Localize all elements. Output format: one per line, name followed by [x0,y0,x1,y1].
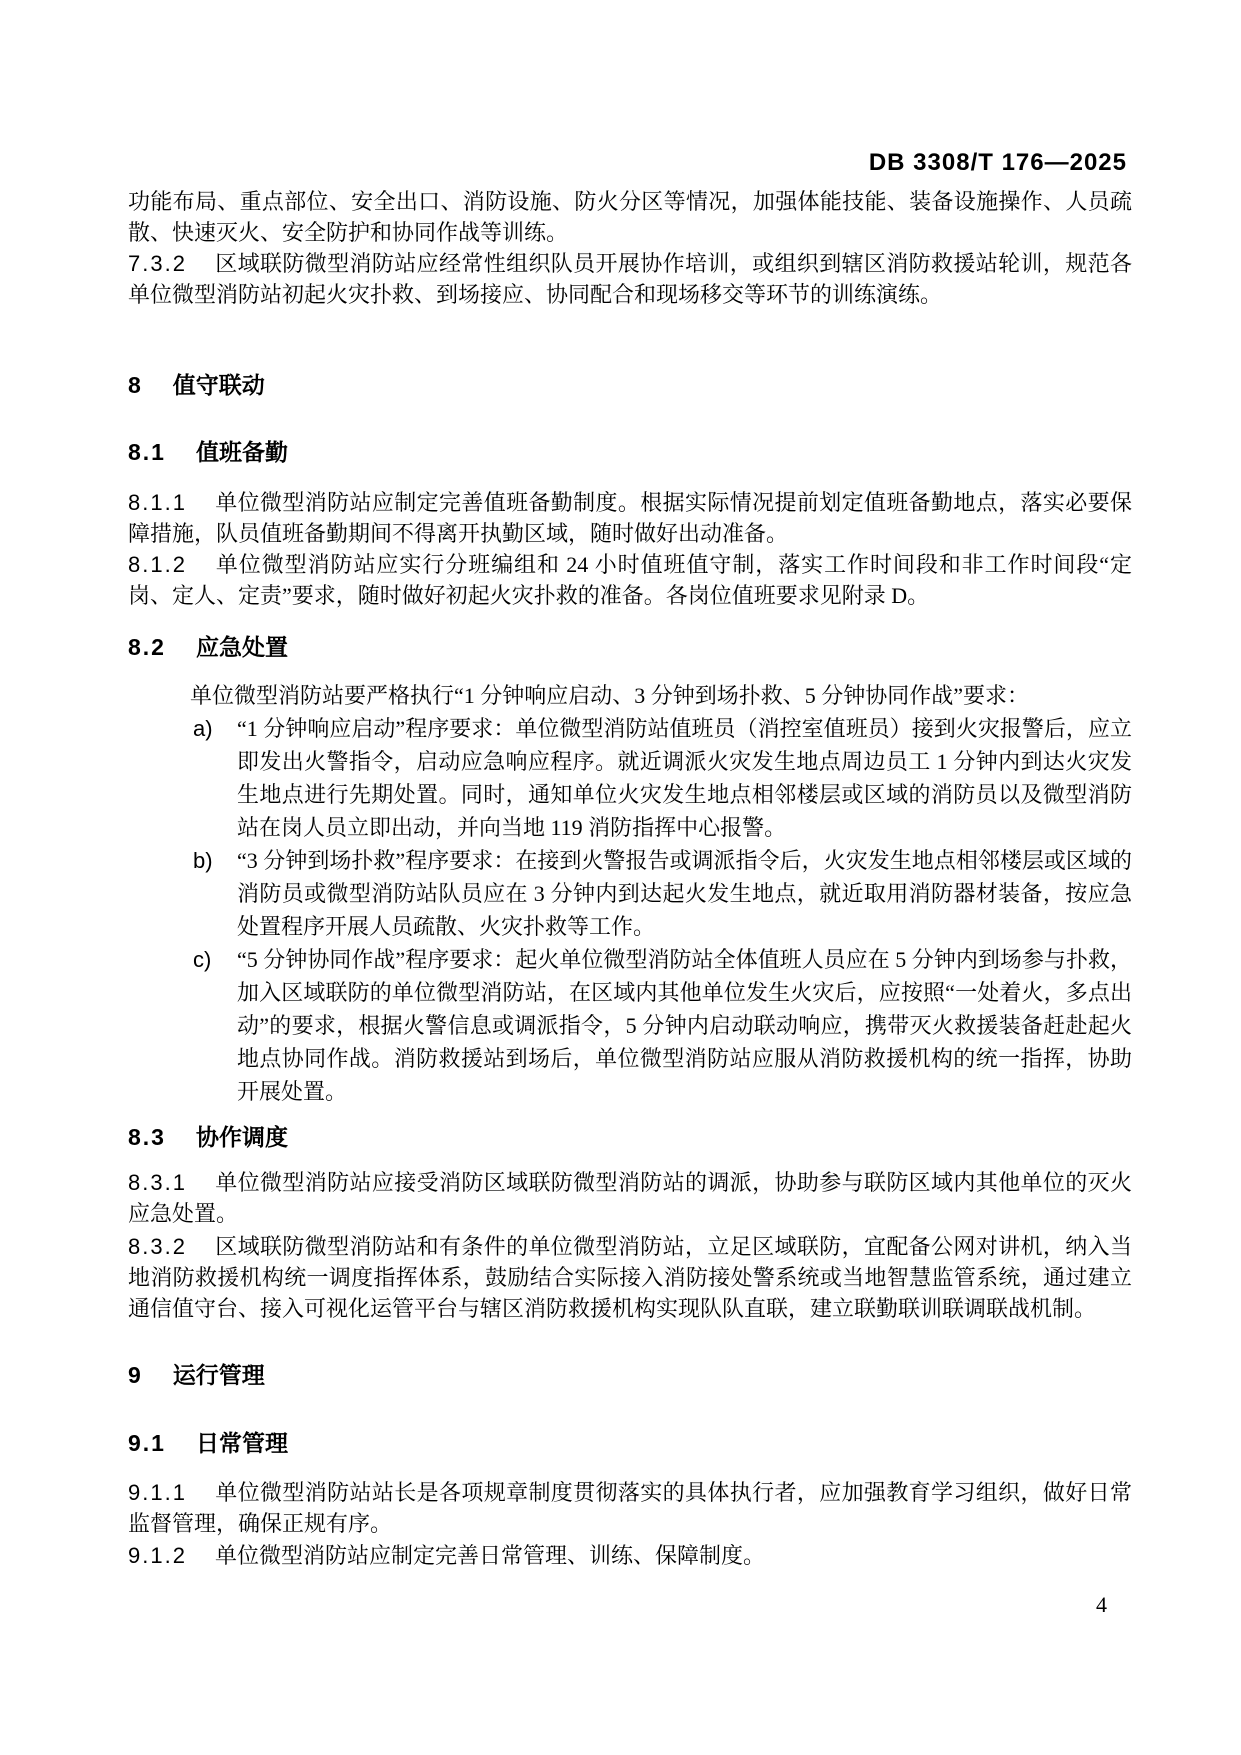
clause-text: 单位微型消防站应制定完善日常管理、训练、保障制度。 [215,1543,765,1568]
subsection-heading-8-1: 8.1值班备勤 [128,437,1132,468]
list-item-text: “1 分钟响应启动”程序要求：单位微型消防站值班员（消控室值班员）接到火灾报警后… [237,716,1132,840]
section-number: 9.1 [128,1430,166,1456]
section-title: 应急处置 [196,634,288,660]
subsection-heading-8-2: 8.2应急处置 [128,632,1132,663]
document-code-header: DB 3308/T 176—2025 [869,150,1127,176]
clause-text: 单位微型消防站应实行分班编组和 24 小时值班值守制，落实工作时间段和非工作时间… [128,552,1132,608]
clause-number: 9.1.1 [128,1480,187,1505]
section-title: 运行管理 [173,1362,265,1388]
document-page: DB 3308/T 176—2025 功能布局、重点部位、安全出口、消防设施、防… [0,0,1241,1755]
clause-number: 7.3.2 [128,251,187,276]
ordered-list: a)“1 分钟响应启动”程序要求：单位微型消防站值班员（消控室值班员）接到火灾报… [128,712,1132,1108]
section-number: 8.3 [128,1124,166,1150]
clause-number: 8.1.2 [128,552,187,577]
clause-8-3-2: 8.3.2区域联防微型消防站和有条件的单位微型消防站，立足区域联防，宜配备公网对… [128,1231,1132,1324]
list-marker: a) [193,712,213,745]
list-item-b: b)“3 分钟到场扑救”程序要求：在接到火警报告或调派指令后，火灾发生地点相邻楼… [128,844,1132,943]
clause-text: 区域联防微型消防站应经常性组织队员开展协作培训，或组织到辖区消防救援站轮训，规范… [128,251,1132,307]
section-heading-8: 8值守联动 [128,370,1132,401]
section-number: 8.1 [128,439,166,465]
paragraph-intro: 单位微型消防站要严格执行“1 分钟响应启动、3 分钟到场扑救、5 分钟协同作战”… [128,680,1132,711]
clause-8-1-1: 8.1.1单位微型消防站应制定完善值班备勤制度。根据实际情况提前划定值班备勤地点… [128,487,1132,549]
clause-number: 8.1.1 [128,490,187,515]
list-item-text: “3 分钟到场扑救”程序要求：在接到火警报告或调派指令后，火灾发生地点相邻楼层或… [237,848,1132,939]
section-number: 9 [128,1362,143,1388]
clause-text: 单位微型消防站应制定完善值班备勤制度。根据实际情况提前划定值班备勤地点，落实必要… [128,490,1132,546]
section-number: 8.2 [128,634,166,660]
clause-8-3-1: 8.3.1单位微型消防站应接受消防区域联防微型消防站的调派，协助参与联防区域内其… [128,1167,1132,1229]
section-heading-9: 9运行管理 [128,1360,1132,1391]
clause-text: 单位微型消防站站长是各项规章制度贯彻落实的具体执行者，应加强教育学习组织，做好日… [128,1480,1132,1536]
page-number: 4 [1096,1592,1107,1618]
section-title: 协作调度 [196,1124,288,1150]
list-item-a: a)“1 分钟响应启动”程序要求：单位微型消防站值班员（消控室值班员）接到火灾报… [128,712,1132,844]
section-title: 值守联动 [173,372,265,398]
list-marker: b) [193,844,213,877]
list-item-c: c)“5 分钟协同作战”程序要求：起火单位微型消防站全体值班人员应在 5 分钟内… [128,943,1132,1108]
clause-text: 区域联防微型消防站和有条件的单位微型消防站，立足区域联防，宜配备公网对讲机，纳入… [128,1234,1132,1321]
clause-9-1-2: 9.1.2单位微型消防站应制定完善日常管理、训练、保障制度。 [128,1540,1132,1571]
clause-number: 8.3.1 [128,1170,187,1195]
subsection-heading-9-1: 9.1日常管理 [128,1428,1132,1459]
section-title: 日常管理 [196,1430,288,1456]
clause-9-1-1: 9.1.1单位微型消防站站长是各项规章制度贯彻落实的具体执行者，应加强教育学习组… [128,1477,1132,1539]
clause-text: 单位微型消防站应接受消防区域联防微型消防站的调派，协助参与联防区域内其他单位的灭… [128,1170,1132,1226]
clause-8-1-2: 8.1.2单位微型消防站应实行分班编组和 24 小时值班值守制，落实工作时间段和… [128,549,1132,611]
list-marker: c) [193,943,211,976]
section-title: 值班备勤 [196,439,288,465]
clause-number: 8.3.2 [128,1234,187,1259]
subsection-heading-8-3: 8.3协作调度 [128,1122,1132,1153]
list-item-text: “5 分钟协同作战”程序要求：起火单位微型消防站全体值班人员应在 5 分钟内到场… [237,947,1132,1104]
section-number: 8 [128,372,143,398]
clause-7-3-2: 7.3.2区域联防微型消防站应经常性组织队员开展协作培训，或组织到辖区消防救援站… [128,248,1132,310]
clause-number: 9.1.2 [128,1543,187,1568]
paragraph-continuation: 功能布局、重点部位、安全出口、消防设施、防火分区等情况，加强体能技能、装备设施操… [128,186,1132,248]
